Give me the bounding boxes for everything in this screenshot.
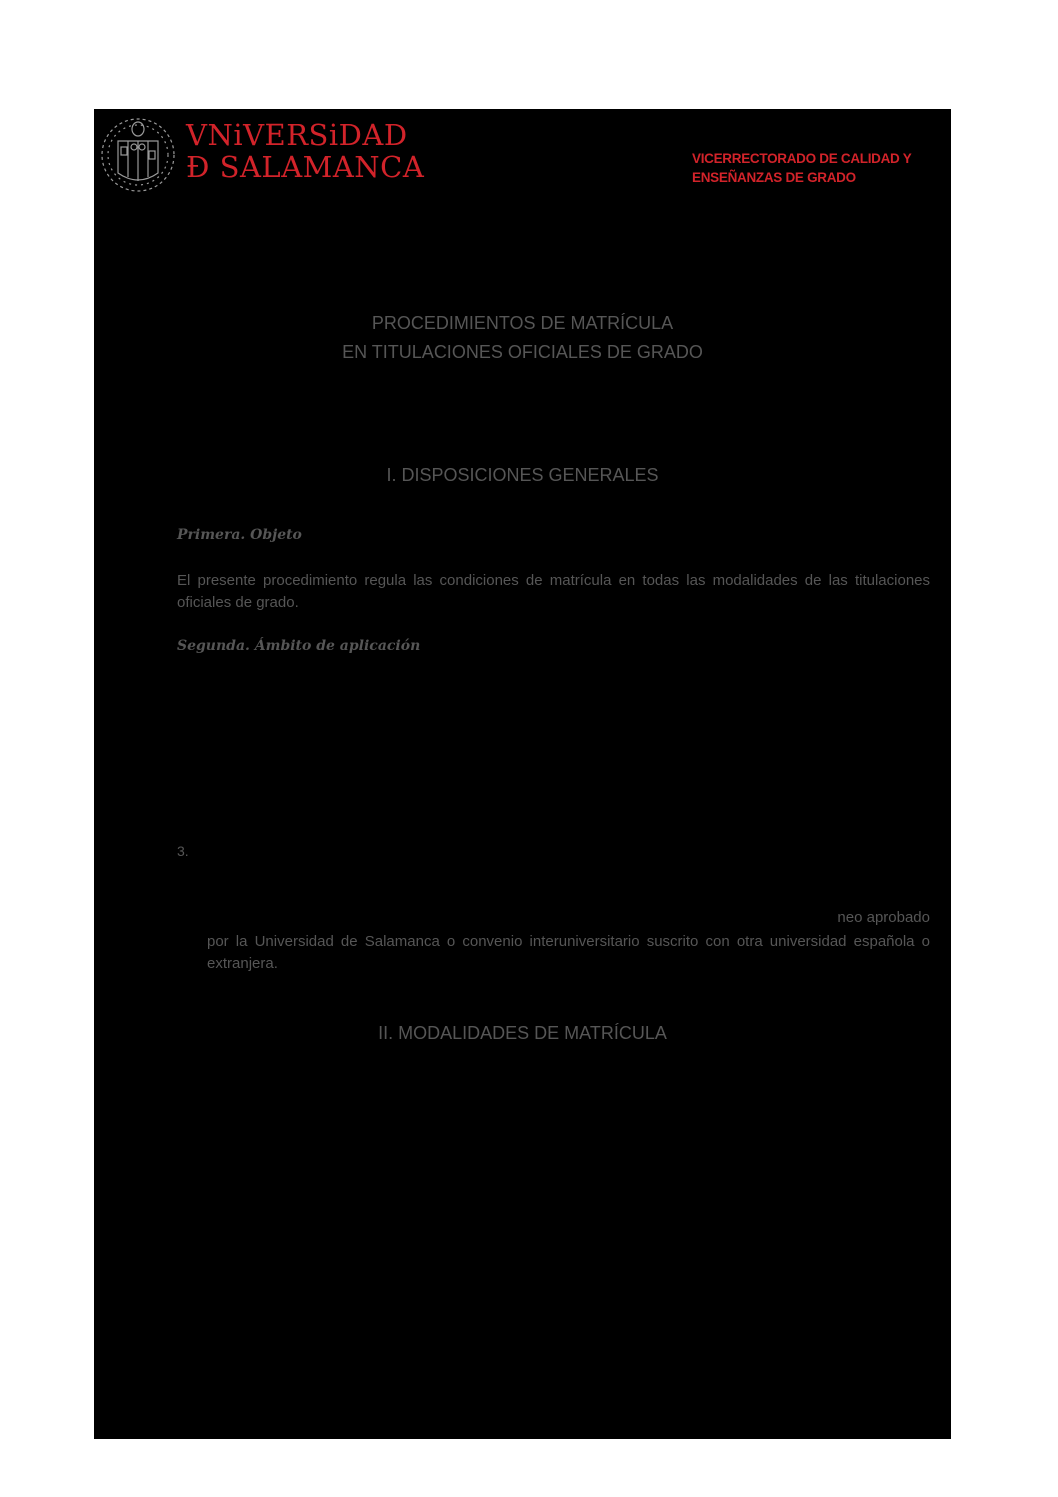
subheading-primera: Primera. Objeto: [177, 527, 302, 543]
list-item-number: 3.: [177, 843, 189, 859]
section-heading-1: I. DISPOSICIONES GENERALES: [94, 465, 951, 486]
title-line-1: PROCEDIMIENTOS DE MATRÍCULA: [94, 309, 951, 338]
paragraph-objeto: El presente procedimiento regula las con…: [177, 570, 930, 614]
university-logo-text: VNiVERSiDAD Ð SALAMANCA: [186, 119, 424, 183]
university-seal-icon: [96, 111, 180, 195]
title-line-2: EN TITULACIONES OFICIALES DE GRADO: [94, 338, 951, 367]
vicerrectorado-line-2: ENSEÑANZAS DE GRADO: [692, 168, 911, 187]
document-page: VNiVERSiDAD Ð SALAMANCA VICERRECTORADO D…: [94, 109, 951, 1439]
paragraph-fragment-tail: neo aprobado: [837, 907, 930, 929]
paragraph-convenio: por la Universidad de Salamanca o conven…: [207, 931, 930, 975]
document-title: PROCEDIMIENTOS DE MATRÍCULA EN TITULACIO…: [94, 309, 951, 367]
vicerrectorado-label: VICERRECTORADO DE CALIDAD Y ENSEÑANZAS D…: [692, 149, 911, 187]
vicerrectorado-line-1: VICERRECTORADO DE CALIDAD Y: [692, 149, 911, 168]
section-heading-2: II. MODALIDADES DE MATRÍCULA: [94, 1023, 951, 1044]
subheading-segunda: Segunda. Ámbito de aplicación: [177, 638, 420, 654]
